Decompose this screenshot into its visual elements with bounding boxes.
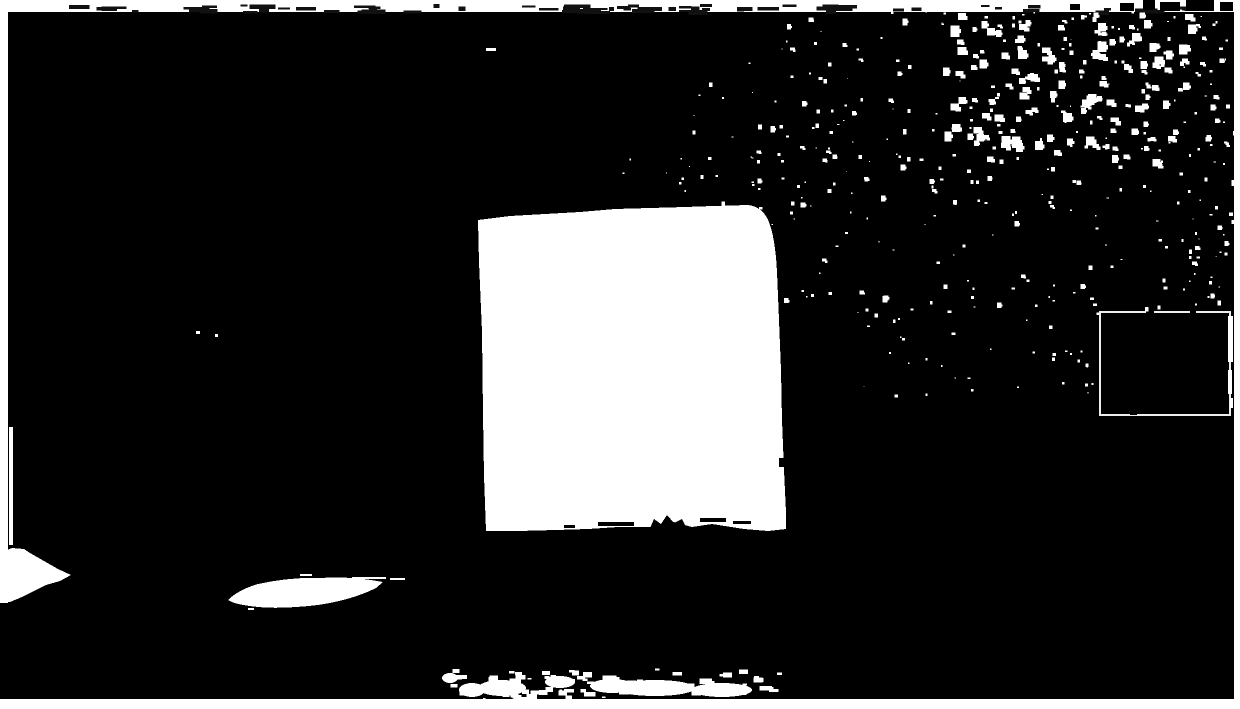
frame-rect bbox=[1100, 312, 1230, 415]
screen-shape bbox=[478, 205, 786, 531]
binarized-photo-image bbox=[0, 0, 1240, 709]
bright-screen-region bbox=[478, 205, 787, 533]
bottom-left-bleed bbox=[0, 603, 9, 699]
scanned-page-background bbox=[0, 0, 1240, 709]
window-frame-outline bbox=[1100, 310, 1233, 415]
left-vertical-strip bbox=[9, 427, 13, 545]
